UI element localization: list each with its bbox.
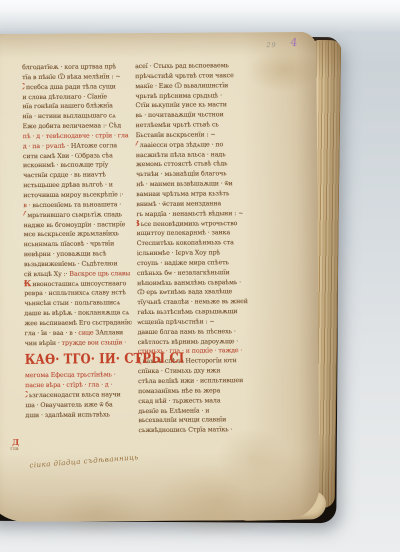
manuscript-line: чин вѣрїн · тружде вои сзыцїи · bbox=[25, 338, 132, 349]
rubric-initial: У bbox=[136, 140, 139, 150]
rubric-initial: У bbox=[23, 210, 26, 220]
left-column: блгодатїеѫ · кога цртваа прѣтїа в пѣнїе … bbox=[22, 62, 133, 437]
manuscript-line: сьжвѣдношись Стрїа матїкь · bbox=[139, 425, 255, 436]
text-segment: ьзгласенодасти вльса научи bbox=[29, 391, 121, 399]
text-segment: д · па · рѵалѣ · bbox=[23, 142, 71, 149]
text-segment: чин вѣрїн · bbox=[25, 339, 62, 346]
manuscript-line: Спсебса дша ради тѣла сущи bbox=[22, 82, 129, 93]
text-segment: ьсе пеновѣдимихь ѡтрочьство bbox=[141, 220, 238, 228]
text-segment: ЗАплави bbox=[95, 329, 123, 336]
parchment-stain bbox=[246, 48, 320, 93]
manuscript-line: гаѣхь вьзтѣснѣмь сьврьшаѫщи bbox=[137, 307, 253, 318]
text-segment: сй вльцѣ Ху :· bbox=[24, 270, 69, 277]
margin-rubric-gloss: гла bbox=[10, 447, 18, 452]
manuscript-page: 29 4 блгодатїеѫ · кога цртваа прѣтїа в п… bbox=[0, 32, 320, 522]
manuscript-line: прѣчьстнѣй чрьтвѣ стои чаксе bbox=[135, 71, 251, 82]
manuscript-line: гь мардїа · ненамьстѣ вѣдыни : ~ bbox=[136, 209, 252, 220]
manuscript-line: Умрьтвившаго сьмрьтїѫ спадь bbox=[23, 210, 130, 221]
manuscript-line: нѣпоимѣхь ванмлѣмь сьвраѣмь · bbox=[137, 278, 253, 289]
right-column: асеї · Стыхь рад вьспоеваемьпрѣчьстнѣй ч… bbox=[135, 61, 255, 436]
rubric-initial: В bbox=[137, 219, 140, 229]
folio-number-pencil: 29 bbox=[266, 41, 276, 49]
margin-rubric-letter: Д bbox=[12, 437, 19, 447]
manuscript-line: стѣла велїкѣ ижи · испльтившеи bbox=[138, 376, 254, 387]
manuscript-line: Вьсе пеновѣдимихь ѡтрочьство bbox=[137, 218, 253, 229]
parchment-stain bbox=[217, 427, 287, 487]
manuscript-line: дши · здалѣмай испьтвѣхь bbox=[25, 410, 132, 421]
manuscript-line: Сьзгласенодасти вльса научи bbox=[25, 390, 132, 401]
left-column-upper: блгодатїеѫ · кога цртваа прѣтїа в пѣнїе … bbox=[22, 62, 132, 348]
manuscript-line: вьзьдвиженїемь · Сьдѣтелюи bbox=[24, 259, 131, 270]
manuscript-line: д · па · рѵалѣ · НАтоже согла bbox=[23, 141, 130, 152]
text-segment: псебса дша ради тѣла сущи bbox=[26, 83, 116, 91]
text-segment: в · bbox=[23, 202, 32, 209]
rubric-initial: Ж bbox=[24, 279, 31, 289]
chapter-heading-rubric: КАѲ· ТГО· ІИ· СТРЫ СІ bbox=[25, 352, 132, 367]
text-segment: тружде вои сзыцїи · bbox=[62, 339, 127, 347]
parchment-stain bbox=[151, 462, 282, 538]
manuscript-line: сй вльцѣ Ху :· Васкрсе црь славы · bbox=[24, 269, 131, 280]
right-column-lines: асеї · Стыхь рад вьспоеваемьпрѣчьстнѣй ч… bbox=[135, 61, 255, 436]
text-segment: вьспоенїемь та вьноашета · bbox=[33, 201, 122, 209]
text-block: блгодатїеѫ · кога цртваа прѣтїа в пѣнїе … bbox=[22, 61, 255, 437]
marginal-cursive-note: сіика дїадца съдѣванниць bbox=[29, 453, 139, 469]
text-segment: ивоносташисѧ шнсоустнааго bbox=[32, 280, 126, 288]
manuscript-line: в · вьспоенїемь та вьноашета · bbox=[23, 200, 130, 211]
text-segment: лааіесси отра зѣдѧще · по bbox=[140, 141, 224, 149]
photo-scene: 29 4 блгодатїеѫ · кога цртваа прѣтїа в п… bbox=[0, 0, 400, 552]
left-column-lower: мегома Ефесца трьстїнѣмь ·пасне вѣра · с… bbox=[25, 371, 132, 421]
manuscript-line: тїа в пѣнїе Ѿ вѣка мелѣнїн : ~ bbox=[22, 72, 129, 83]
manuscript-line: гла · їи · ваа · в · сице ЗАплави bbox=[25, 328, 132, 339]
library-mark-purple: 4 bbox=[290, 36, 298, 50]
rubric-initial: С bbox=[25, 390, 28, 400]
text-segment: Васкрсе црь славы · bbox=[69, 270, 131, 278]
manuscript-line: мсе вьскрьсенїе жрьмлавїихь bbox=[24, 229, 131, 240]
parchment-stain bbox=[51, 488, 141, 537]
text-segment: мрьтвившаго сьмрьтїѫ спадь bbox=[27, 211, 122, 219]
text-segment: гла · їи · ваа · в · bbox=[25, 329, 79, 337]
text-segment: НАтоже согла bbox=[71, 142, 117, 149]
rubric-initial: С bbox=[22, 82, 25, 92]
text-segment: сице bbox=[78, 329, 95, 336]
